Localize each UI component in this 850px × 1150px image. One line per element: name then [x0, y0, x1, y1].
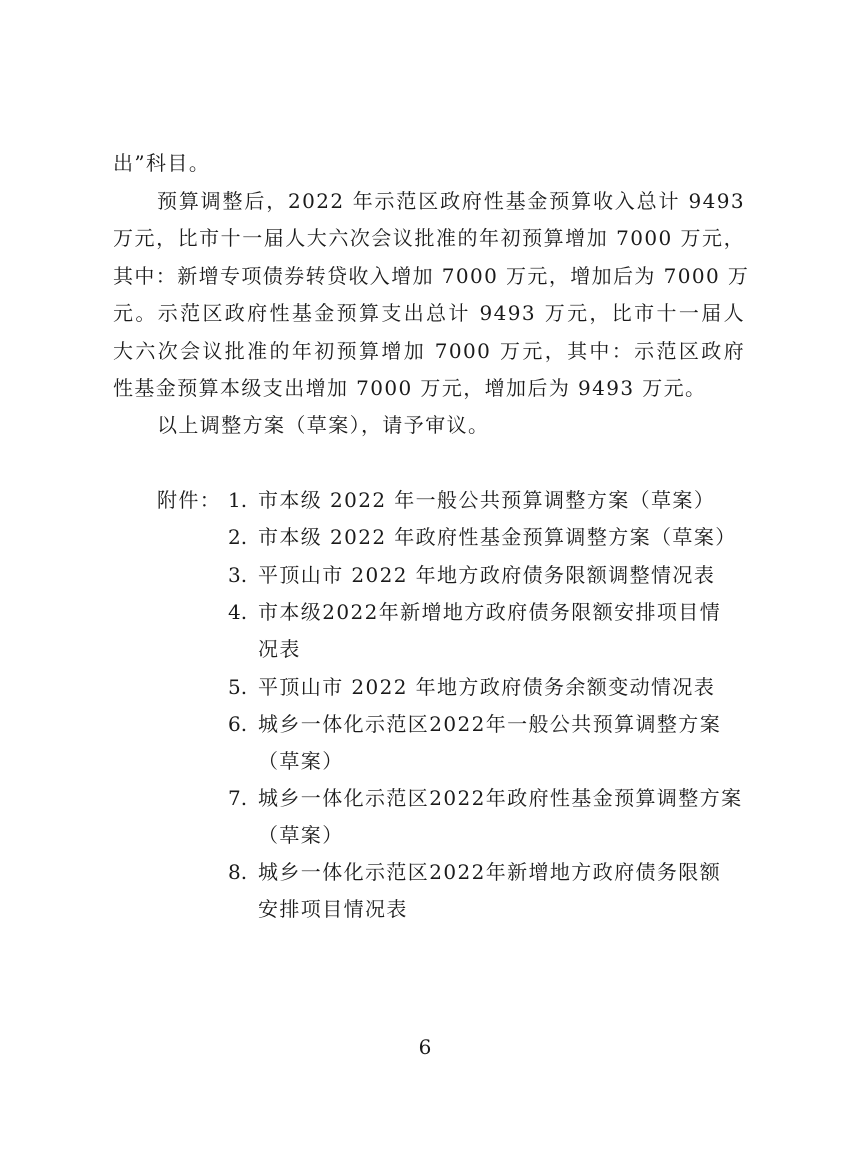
attachment-text: 平顶山市 2022 年地方政府债务限额调整情况表 [258, 560, 715, 590]
body-line: 预算调整后，2022 年示范区政府性基金预算收入总计 9493 [157, 186, 745, 216]
attachment-number: 5. [228, 672, 247, 702]
body-line: 万元，比市十一届人大六次会议批准的年初预算增加 7000 万元， [113, 223, 745, 253]
attachment-text: 市本级 2022 年一般公共预算调整方案（草案） [258, 485, 715, 515]
attachment-number: 2. [228, 522, 247, 552]
attachment-text: 市本级 2022 年政府性基金预算调整方案（草案） [258, 522, 737, 552]
attachment-text: 城乡一体化示范区2022年新增地方政府债务限额 [258, 857, 721, 887]
attachment-text: （草案） [258, 820, 344, 850]
attachment-number: 1. [228, 485, 247, 515]
attachments-label: 附件： [157, 485, 221, 515]
attachment-number: 4. [228, 597, 247, 627]
attachment-text: （草案） [258, 746, 344, 776]
page-number: 6 [0, 1032, 850, 1062]
attachment-text: 况表 [258, 634, 301, 664]
body-line: 大六次会议批准的年初预算增加 7000 万元，其中：示范区政府 [113, 336, 745, 366]
body-line: 性基金预算本级支出增加 7000 万元，增加后为 9493 万元。 [113, 373, 745, 403]
attachment-number: 7. [228, 783, 247, 813]
closing-line: 以上调整方案（草案），请予审议。 [157, 410, 489, 440]
attachment-number: 6. [228, 709, 247, 739]
attachment-text: 平顶山市 2022 年地方政府债务余额变动情况表 [258, 672, 715, 702]
attachment-text: 城乡一体化示范区2022年一般公共预算调整方案 [258, 709, 721, 739]
body-line: 元。示范区政府性基金预算支出总计 9493 万元，比市十一届人 [113, 298, 745, 328]
body-line: 其中：新增专项债券转贷收入增加 7000 万元，增加后为 7000 万 [113, 261, 745, 291]
attachment-text: 城乡一体化示范区2022年政府性基金预算调整方案 [258, 783, 743, 813]
attachment-number: 3. [228, 560, 247, 590]
document-page: 出”科目。 预算调整后，2022 年示范区政府性基金预算收入总计 9493 万元… [0, 0, 850, 1150]
attachment-number: 8. [228, 857, 247, 887]
attachment-text: 安排项目情况表 [258, 894, 408, 924]
attachment-text: 市本级2022年新增地方政府债务限额安排项目情 [258, 597, 721, 627]
body-line: 出”科目。 [113, 148, 210, 178]
